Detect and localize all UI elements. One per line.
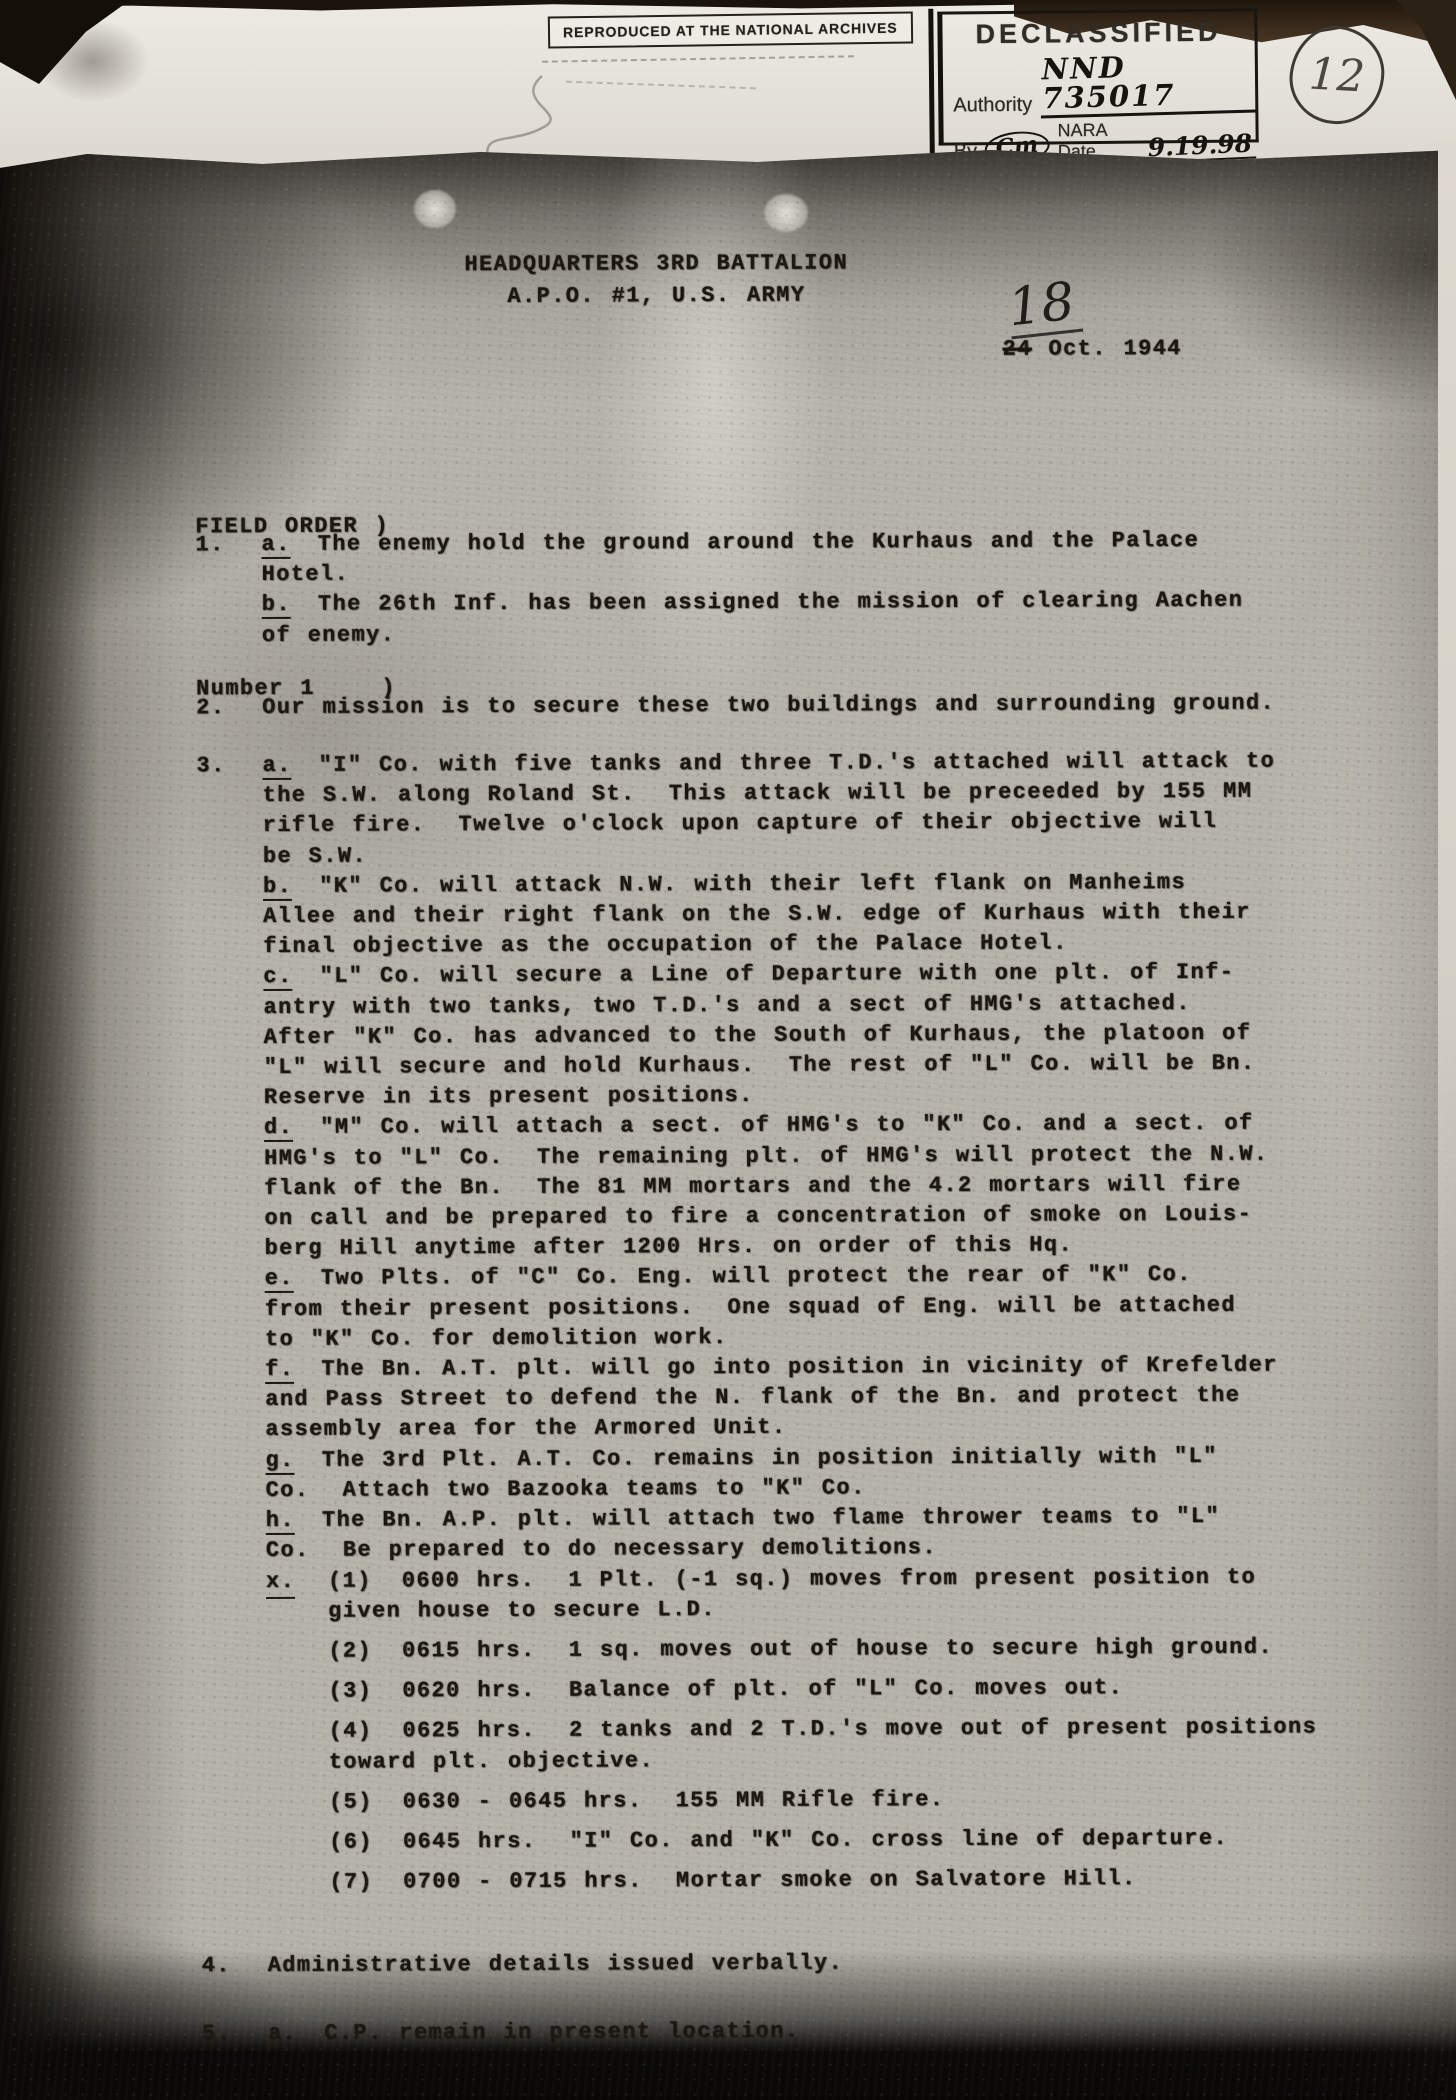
sub-paragraph-label: h. [266,1508,295,1535]
timetable-item-number: (4) [329,1719,373,1744]
sub-paragraph-label: f. [265,1357,294,1384]
sub-paragraph-text: "K" Co. will attack N.W. with their left… [263,870,1251,959]
timetable-item: (5)0630 - 0645 hrs. 155 MM Rifle fire. [329,1783,1391,1818]
scanned-document-page: REPRODUCED AT THE NATIONAL ARCHIVES DECL… [0,0,1456,2100]
timetable-item-text: 0645 hrs. "I" Co. and "K" Co. cross line… [403,1826,1228,1855]
timetable-item: (7)0700 - 0715 hrs. Mortar smoke on Salv… [329,1863,1391,1898]
sub-paragraph-text: The 26th Inf. has been assigned the miss… [262,588,1244,647]
sub-paragraph: g.The 3rd Plt. A.T. Co. remains in posit… [265,1441,1389,1506]
timetable-item: (3)0620 hrs. Balance of plt. of "L" Co. … [328,1672,1390,1707]
paragraph-text: Administrative details issued verbally. [268,1951,844,1979]
sub-paragraph-label: a. [261,532,290,559]
timetable-item-text: 0700 - 0715 hrs. Mortar smoke on Salvato… [403,1866,1137,1894]
sub-paragraph-label: d. [264,1115,293,1142]
sub-paragraph: b.The 26th Inf. has been assigned the mi… [262,586,1386,651]
date-rest: Oct. 1944 [1032,336,1182,362]
sub-paragraph: a.The enemy hold the ground around the K… [261,525,1385,590]
document-header: HEADQUARTERS 3RD BATTALION A.P.O. #1, U.… [0,245,1384,315]
sub-paragraph-label: g. [265,1448,294,1475]
timetable-item-number: (5) [329,1789,373,1814]
sub-paragraph-text: Two Plts. of "C" Co. Eng. will protect t… [265,1262,1236,1351]
sub-paragraph: e.Two Plts. of "C" Co. Eng. will protect… [265,1260,1389,1356]
sub-paragraph-text: "M" Co. will attach a sect. of HMG's to … [264,1111,1268,1261]
paragraph-1: 1. a.The enemy hold the ground around th… [195,525,1386,651]
sub-paragraph-label: b. [263,874,292,901]
photostat-document: HEADQUARTERS 3RD BATTALION A.P.O. #1, U.… [0,144,1456,2100]
paragraph-number: 3. [196,751,225,781]
sub-paragraph-text: The enemy hold the ground around the Kur… [262,528,1200,587]
timetable-item-text: 0620 hrs. Balance of plt. of "L" Co. mov… [402,1675,1123,1703]
paragraph-2: 2. Our mission is to secure these two bu… [196,688,1386,723]
handwritten-date-correction: 18 [1006,275,1084,340]
timetable-items: (1)0600 hrs. 1 Plt. (-1 sq.) moves from … [266,1562,1391,1899]
sub-paragraph-text: The 3rd Plt. A.T. Co. remains in positio… [266,1444,1218,1503]
paragraph-number: 1. [195,530,224,560]
paragraph-number: 2. [196,693,225,723]
paragraph-5: 5. a.C.P. remain in present location. [202,2014,1392,2049]
paragraph-number: 5. [202,2019,231,2049]
sub-paragraph-label: c. [263,964,292,991]
sub-paragraph-label: a. [268,2020,297,2047]
sub-paragraph: b."K" Co. will attack N.W. with their le… [263,867,1387,963]
right-edge-backing-strip [1438,140,1456,1640]
national-archives-stamp: REPRODUCED AT THE NATIONAL ARCHIVES [548,11,913,48]
timetable-item-text: 0600 hrs. 1 Plt. (-1 sq.) moves from pre… [328,1564,1256,1623]
timetable-item-number: (7) [329,1870,373,1895]
timetable-item: (6)0645 hrs. "I" Co. and "K" Co. cross l… [329,1823,1391,1858]
sub-paragraph: h.The Bn. A.P. plt. will attach two flam… [266,1501,1390,1566]
header-line-2: A.P.O. #1, U.S. ARMY [0,277,1384,315]
timetable-item-number: (6) [329,1829,373,1854]
declassified-stamp-title: DECLASSIFIED [942,16,1254,50]
timetable-item: (4)0625 hrs. 2 tanks and 2 T.D.'s move o… [329,1712,1391,1777]
sub-paragraph-text: "L" Co. will secure a Line of Departure … [263,960,1255,1110]
authority-row: Authority NND 735017 [953,51,1256,117]
sub-paragraph: d."M" Co. will attach a sect. of HMG's t… [264,1109,1389,1265]
sub-paragraph-x: x. (1)0600 hrs. 1 Plt. (-1 sq.) moves fr… [266,1562,1391,1899]
paragraph-text: Our mission is to secure these two build… [262,690,1275,719]
sub-paragraph-label: e. [265,1266,294,1293]
sub-paragraph: f.The Bn. A.T. plt. will go into positio… [265,1350,1389,1446]
declassified-stamp: DECLASSIFIED Authority NND 735017 By Cm … [937,8,1258,145]
paragraph-number: 4. [202,1952,231,1982]
timetable-item: (2)0615 hrs. 1 sq. moves out of house to… [328,1632,1390,1667]
page-number-value: 12 [1308,48,1367,102]
sub-paragraph-label: b. [262,592,291,619]
paragraph-4: 4. Administrative details issued verball… [202,1946,1392,1981]
timetable-item-number: (3) [328,1679,372,1704]
order-body: 1. a.The enemy hold the ground around th… [195,525,1392,2049]
typed-date: 24 Oct. 1944 [1003,336,1182,362]
timetable-item-text: 0615 hrs. 1 sq. moves out of house to se… [402,1635,1273,1664]
timetable-item-number: (2) [328,1638,372,1663]
timetable-item-text: 0630 - 0645 hrs. 155 MM Rifle fire. [403,1787,945,1814]
sub-paragraph-label: a. [262,753,291,780]
authority-label: Authority [953,94,1032,118]
sub-paragraph-text: The Bn. A.P. plt. will attach two flame … [266,1504,1220,1563]
paragraph-3: 3. a."I" Co. with five tanks and three T… [196,746,1391,1898]
sub-paragraph-text: C.P. remain in present location. [324,2018,799,2045]
sub-paragraph: a.C.P. remain in present location. [268,2014,1392,2049]
sub-paragraph-text: The Bn. A.T. plt. will go into position … [265,1353,1278,1443]
timetable-item-text: 0625 hrs. 2 tanks and 2 T.D.'s move out … [329,1715,1318,1775]
sub-paragraph-text: "I" Co. with five tanks and three T.D.'s… [263,749,1276,869]
timetable-item: (1)0600 hrs. 1 Plt. (-1 sq.) moves from … [328,1562,1390,1627]
sub-paragraph: c."L" Co. will secure a Line of Departur… [263,958,1388,1114]
typed-content: HEADQUARTERS 3RD BATTALION A.P.O. #1, U.… [0,144,1456,2100]
struck-day: 24 [1003,337,1032,362]
authority-value: NND 735017 [1039,49,1256,118]
sub-paragraph: a."I" Co. with five tanks and three T.D.… [262,746,1387,872]
timetable-item-number: (1) [328,1568,372,1593]
sub-paragraph-label: x. [266,1566,295,1598]
